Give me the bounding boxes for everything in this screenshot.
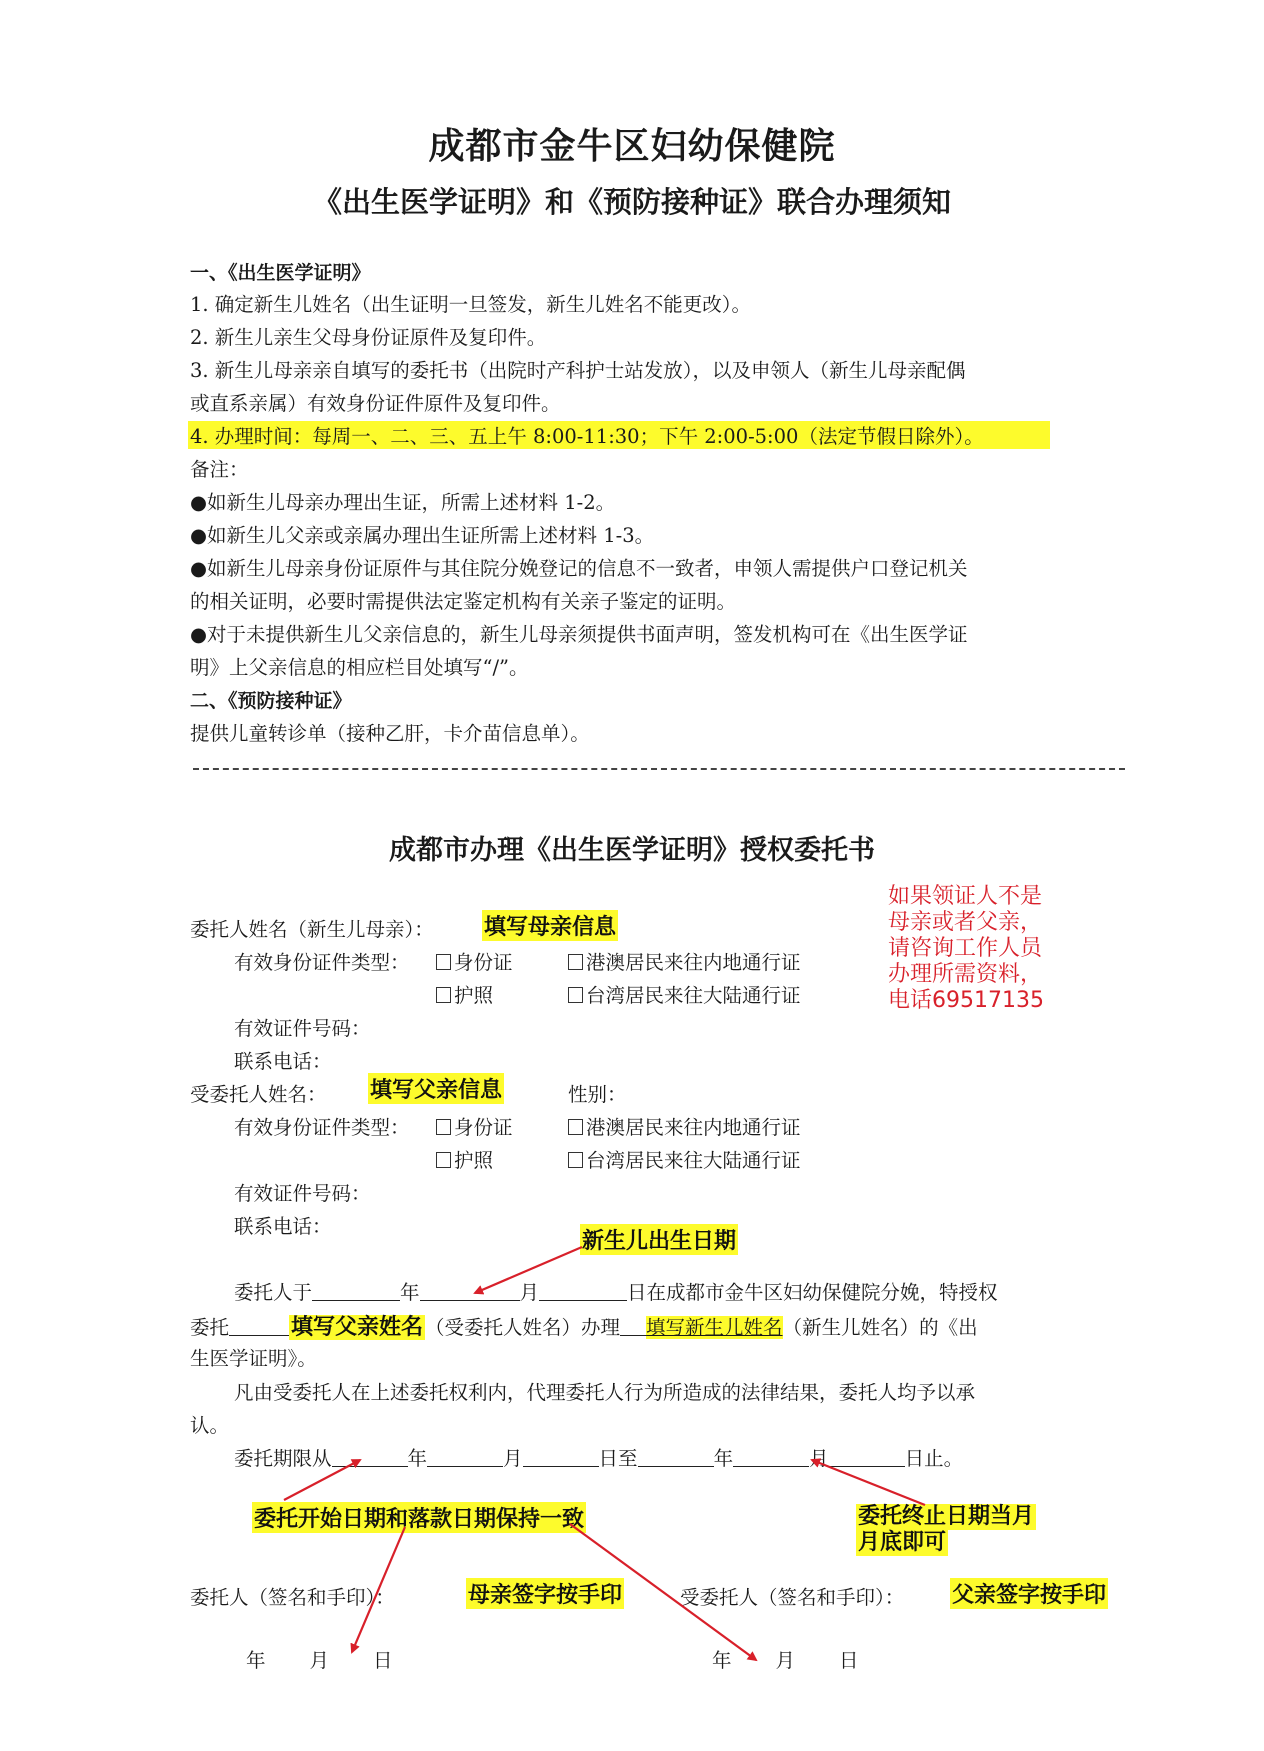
agent-phone-label: 联系电话： [234, 1211, 332, 1239]
checkbox[interactable] [568, 987, 583, 1003]
liability-statement: 凡由受委托人在上述委托权利内，代理委托人行为所造成的法律结果，委托人均予以承 [234, 1377, 975, 1405]
principal-option-passport[interactable]: 护照 [436, 980, 493, 1008]
principal-id-number-label: 有效证件号码： [234, 1013, 371, 1041]
section1-title: 一、《出生医学证明》 [190, 258, 371, 285]
checkbox[interactable] [568, 1152, 583, 1168]
principal-signature-hint: 母亲签字按手印 [466, 1578, 624, 1609]
checkbox[interactable] [568, 954, 583, 970]
principal-id-type-label: 有效身份证件类型： [234, 947, 410, 975]
start-day-blank[interactable] [523, 1448, 599, 1467]
principal-option-id-card[interactable]: 身份证 [436, 947, 513, 975]
principal-sign-date: 年月日 [246, 1645, 393, 1673]
period-line: 委托期限从年月日至年月日止。 [234, 1443, 963, 1471]
agent-option-taiwan-permit[interactable]: 台湾居民来往大陆通行证 [568, 1145, 801, 1173]
principal-phone-label: 联系电话： [234, 1046, 332, 1074]
cut-line-divider [193, 768, 1125, 770]
notice-item-2: 2. 新生儿亲生父母身份证原件及复印件。 [190, 322, 546, 350]
checkbox[interactable] [568, 1119, 583, 1135]
checkbox[interactable] [436, 987, 451, 1003]
agent-name-hint: 填写父亲信息 [368, 1073, 504, 1104]
principal-option-taiwan-permit[interactable]: 台湾居民来往大陆通行证 [568, 980, 801, 1008]
birth-month-blank[interactable] [420, 1282, 520, 1301]
section2-title: 二、《预防接种证》 [190, 686, 352, 713]
liability-statement-cont: 认。 [190, 1410, 229, 1438]
end-day-blank[interactable] [829, 1448, 905, 1467]
agent-name-label: 受委托人姓名： [190, 1079, 327, 1107]
birth-day-blank[interactable] [539, 1282, 627, 1301]
agent-id-type-label: 有效身份证件类型： [234, 1112, 410, 1140]
agent-option-passport[interactable]: 护照 [436, 1145, 493, 1173]
authorization-line: 委托填写父亲姓名（受委托人姓名）办理填写新生儿姓名（新生儿姓名）的《出 [190, 1310, 978, 1341]
agent-option-id-card[interactable]: 身份证 [436, 1112, 513, 1140]
start-month-blank[interactable] [427, 1448, 503, 1467]
baby-name-blank-lead[interactable] [620, 1317, 646, 1336]
agent-gender-label: 性别： [568, 1079, 627, 1107]
agent-signature-label: 受委托人（签名和手印）： [680, 1582, 904, 1610]
agent-name-blank[interactable] [229, 1317, 289, 1336]
notice-item-3: 3. 新生儿母亲亲自填写的委托书（出院时产科护士站发放），以及申领人（新生儿母亲… [190, 355, 966, 383]
hospital-title: 成都市金牛区妇幼保健院 [0, 118, 1264, 169]
principal-name-label: 委托人姓名（新生儿母亲）： [190, 914, 434, 942]
agent-sign-date: 年月日 [712, 1645, 859, 1673]
principal-name-hint: 填写母亲信息 [482, 910, 618, 941]
principal-signature-label: 委托人（签名和手印）： [190, 1582, 395, 1610]
remark-3-cont: 的相关证明，必要时需提供法定鉴定机构有关亲子鉴定的证明。 [190, 586, 736, 614]
birth-date-hint: 新生儿出生日期 [580, 1224, 738, 1255]
remark-4-cont: 明》上父亲信息的相应栏目处填写“/”。 [190, 652, 529, 680]
notice-item-3-cont: 或直系亲属）有效身份证件原件及复印件。 [190, 388, 561, 416]
agent-id-number-label: 有效证件号码： [234, 1178, 371, 1206]
baby-name-hint: 填写新生儿姓名 [646, 1316, 783, 1339]
checkbox[interactable] [436, 1119, 451, 1135]
father-name-hint: 填写父亲姓名 [289, 1315, 425, 1340]
agent-option-hk-macau-permit[interactable]: 港澳居民来往内地通行证 [568, 1112, 801, 1140]
end-month-blank[interactable] [733, 1448, 809, 1467]
checkbox[interactable] [436, 954, 451, 970]
birth-statement-line: 委托人于年月日在成都市金牛区妇幼保健院分娩，特授权 [234, 1277, 998, 1305]
end-date-hint-1: 委托终止日期当月 [856, 1504, 1036, 1530]
notice-item-1: 1. 确定新生儿姓名（出生证明一旦签发，新生儿姓名不能更改）。 [190, 289, 751, 317]
section2-text: 提供儿童转诊单（接种乙肝，卡介苗信息单）。 [190, 718, 590, 746]
form-title: 成都市办理《出生医学证明》授权委托书 [0, 828, 1264, 867]
birth-year-blank[interactable] [312, 1282, 400, 1301]
remark-1: ●如新生儿母亲办理出生证，所需上述材料 1-2。 [190, 487, 615, 515]
side-note-contact: 如果领证人不是 母亲或者父亲， 请咨询工作人员 办理所需资料， 电话695171… [888, 884, 1044, 1014]
remarks-label: 备注： [190, 454, 249, 482]
notice-item-4-hours: 4. 办理时间：每周一、二、三、五上午 8:00-11:30；下午 2:00-5… [188, 421, 1050, 449]
checkbox[interactable] [436, 1152, 451, 1168]
document-subtitle: 《出生医学证明》和《预防接种证》联合办理须知 [0, 180, 1264, 221]
remark-3: ●如新生儿母亲身份证原件与其住院分娩登记的信息不一致者，申领人需提供户口登记机关 [190, 553, 968, 581]
remark-4: ●对于未提供新生儿父亲信息的，新生儿母亲须提供书面声明，签发机构可在《出生医学证 [190, 619, 968, 647]
start-date-hint: 委托开始日期和落款日期保持一致 [252, 1502, 586, 1533]
principal-option-hk-macau-permit[interactable]: 港澳居民来往内地通行证 [568, 947, 801, 975]
end-date-hint-2: 月底即可 [856, 1530, 948, 1556]
end-year-blank[interactable] [638, 1448, 714, 1467]
agent-signature-hint: 父亲签字按手印 [950, 1578, 1108, 1609]
remark-2: ●如新生儿父亲或亲属办理出生证所需上述材料 1-3。 [190, 520, 654, 548]
authorization-line-cont: 生医学证明》。 [190, 1343, 317, 1371]
start-year-blank[interactable] [332, 1448, 408, 1467]
